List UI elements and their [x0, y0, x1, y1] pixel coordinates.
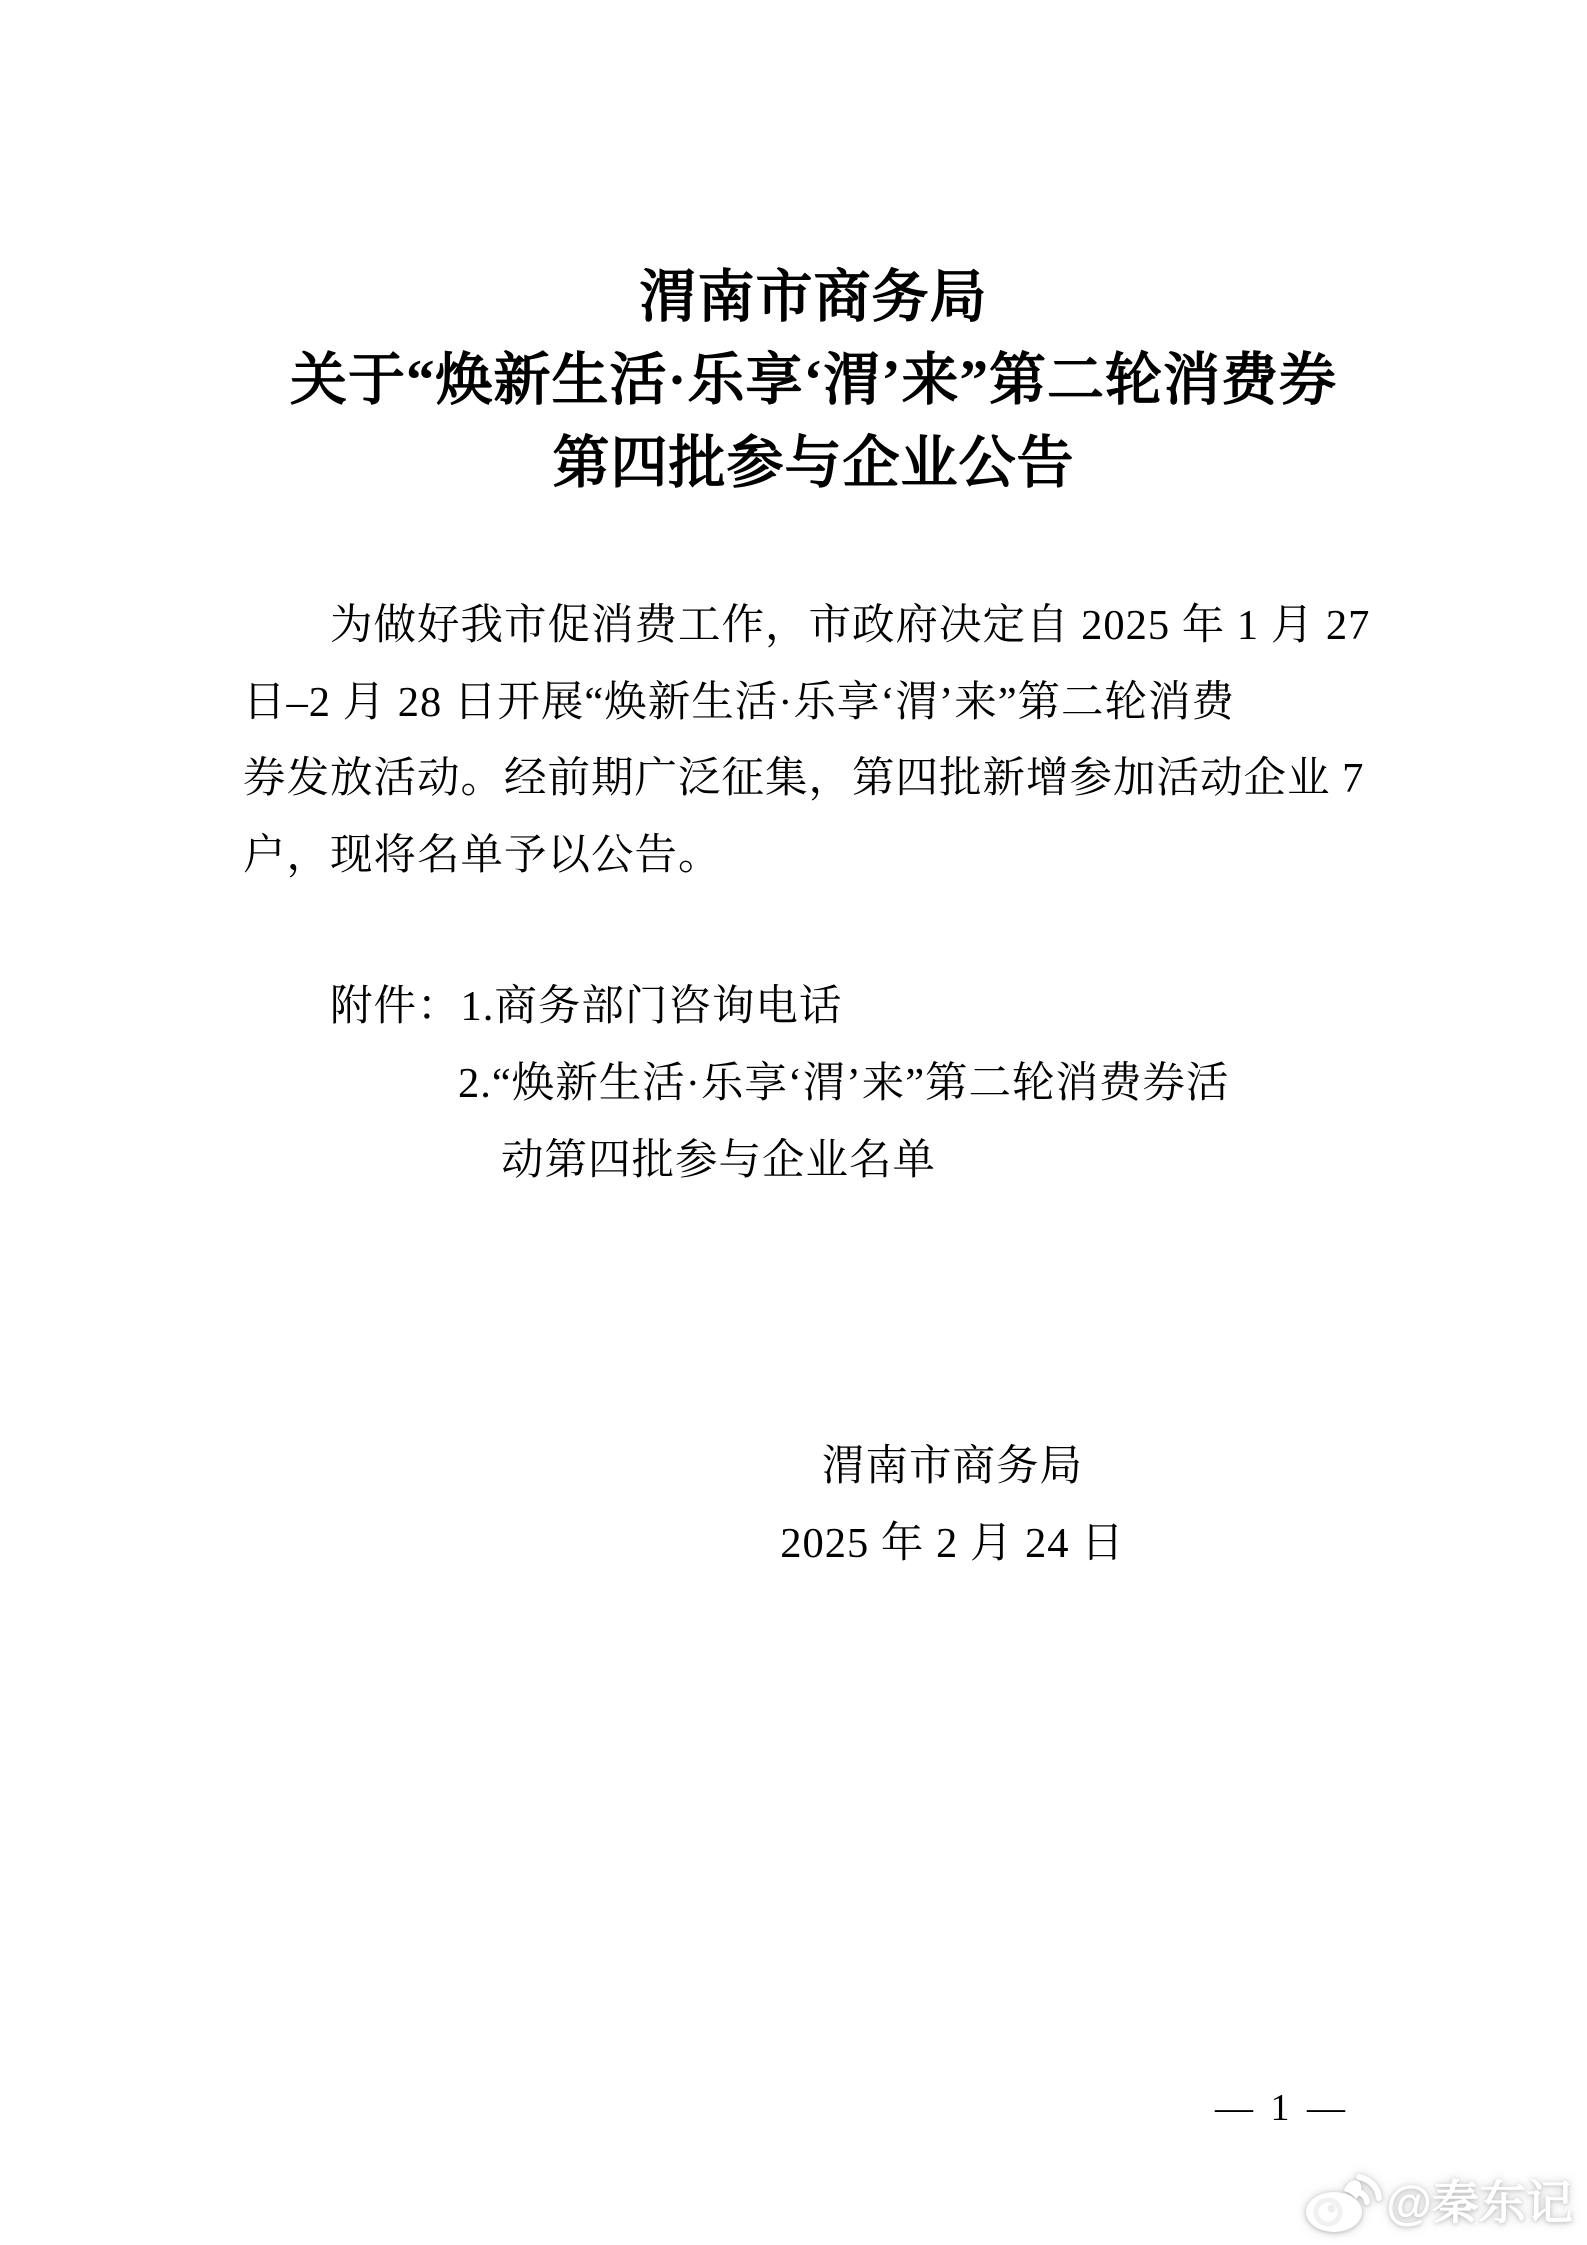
title-line-1: 渭南市商务局 [40, 256, 1587, 339]
attachments-block: 附件：1.商务部门咨询电话 2.“焕新生活·乐享‘渭’来”第二轮消费券活 动第四… [243, 968, 1403, 1199]
body-line-1: 为做好我市促消费工作，市政府决定自 2025 年 1 月 27 [243, 588, 1358, 665]
document-title: 渭南市商务局 关于“焕新生活·乐享‘渭’来”第二轮消费券 第四批参与企业公告 [0, 256, 1587, 505]
title-line-3: 第四批参与企业公告 [40, 422, 1587, 505]
attachment-line-2: 2.“焕新生活·乐享‘渭’来”第二轮消费券活 [243, 1045, 1403, 1122]
watermark-handle: @秦东记 [1386, 2179, 1573, 2226]
body-line-3: 券发放活动。经前期广泛征集，第四批新增参加活动企业 7 [243, 741, 1358, 818]
page-number: — 1 — [1215, 2086, 1349, 2130]
attachment-line-3: 动第四批参与企业名单 [243, 1122, 1403, 1199]
signature-org: 渭南市商务局 [700, 1428, 1205, 1505]
document-page: 渭南市商务局 关于“焕新生活·乐享‘渭’来”第二轮消费券 第四批参与企业公告 为… [0, 0, 1587, 2245]
watermark: @秦东记 [1304, 2171, 1573, 2233]
body-paragraph: 为做好我市促消费工作，市政府决定自 2025 年 1 月 27 日–2 月 28… [243, 588, 1358, 894]
signature-date: 2025 年 2 月 24 日 [700, 1505, 1205, 1582]
signature-block: 渭南市商务局 2025 年 2 月 24 日 [700, 1428, 1205, 1582]
body-line-2: 日–2 月 28 日开展“焕新生活·乐享‘渭’来”第二轮消费 [243, 665, 1358, 742]
weibo-icon [1304, 2171, 1382, 2233]
body-line-4: 户，现将名单予以公告。 [243, 818, 1358, 895]
title-line-2: 关于“焕新生活·乐享‘渭’来”第二轮消费券 [40, 339, 1587, 422]
attachment-line-1: 附件：1.商务部门咨询电话 [243, 968, 1403, 1045]
